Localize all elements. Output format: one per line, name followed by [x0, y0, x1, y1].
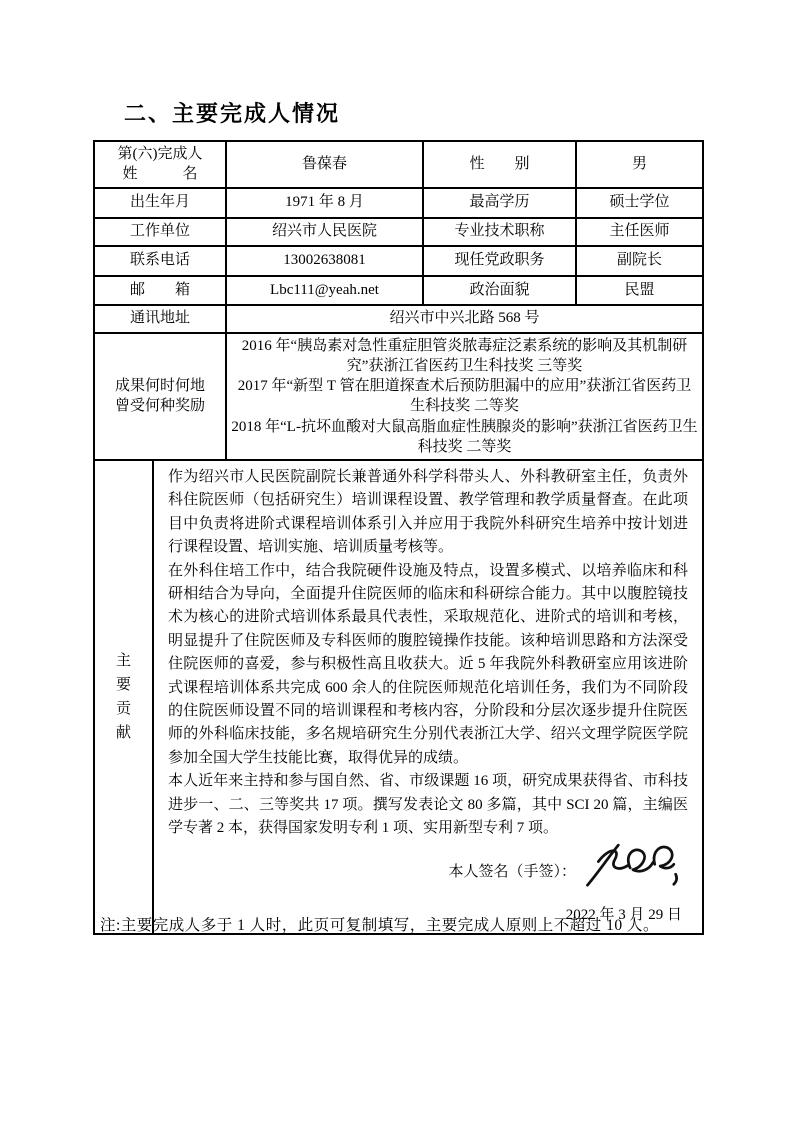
- contribution-paragraph: 在外科住培工作中，结合我院硬件设施及特点，设置多模式、以培养临床和科研相结合为导…: [168, 560, 688, 771]
- field-label-line1: 第(六)完成人: [99, 144, 221, 164]
- table-row: 通讯地址 绍兴市中兴北路 568 号: [94, 305, 703, 333]
- table-row: 成果何时何地 曾受何种奖励 2016 年“胰岛素对急性重症胆管炎脓毒症泛素系统的…: [94, 333, 703, 461]
- contribution-paragraph: 本人近年来主持和参与国自然、省、市级课题 16 项，研究成果获得省、市科技进步一…: [168, 770, 688, 840]
- field-value-email: Lbc111@yeah.net: [226, 276, 423, 305]
- table-row: 联系电话 13002638081 现任党政职务 副院长: [94, 246, 703, 276]
- field-label-address: 通讯地址: [94, 305, 226, 333]
- contribution-content: 作为绍兴市人民医院副院长兼普通外科学科带头人、外科教研室主任，负责外科住院医师（…: [153, 460, 703, 934]
- table-row: 第(六)完成人 姓 名 鲁葆春 性 别 男: [94, 141, 703, 188]
- field-label-email: 邮 箱: [94, 276, 226, 305]
- signature-label: 本人签名（手签）：: [448, 862, 576, 882]
- award-item: 2018 年“L-抗坏血酸对大鼠高脂血症性胰腺炎的影响”获浙江省医药卫生科技奖 …: [231, 417, 698, 458]
- field-value-workunit: 绍兴市人民医院: [226, 218, 423, 246]
- completer-info-table: 第(六)完成人 姓 名 鲁葆春 性 别 男 出生年月 1971 年 8 月 最高…: [93, 140, 704, 935]
- awards-label-line2: 曾受何种奖励: [99, 396, 221, 416]
- field-label-completer-name: 第(六)完成人 姓 名: [94, 141, 226, 188]
- field-value-address: 绍兴市中兴北路 568 号: [226, 305, 703, 333]
- contribution-vertical-label: 主要贡献: [115, 649, 132, 745]
- contribution-text-block: 作为绍兴市人民医院副院长兼普通外科学科带头人、外科教研室主任，负责外科住院医师（…: [158, 463, 698, 931]
- field-label-workunit: 工作单位: [94, 218, 226, 246]
- award-item: 2016 年“胰岛素对急性重症胆管炎脓毒症泛素系统的影响及其机制研究”获浙江省医…: [231, 336, 698, 377]
- document-page: 二、主要完成人情况 第(六)完成人 姓 名 鲁葆春 性 别 男 出生年月 197…: [0, 0, 793, 1122]
- field-value-education: 硕士学位: [576, 188, 703, 218]
- field-value-birthdate: 1971 年 8 月: [226, 188, 423, 218]
- table-row: 主要贡献 作为绍兴市人民医院副院长兼普通外科学科带头人、外科教研室主任，负责外科…: [94, 460, 703, 934]
- award-item: 2017 年“新型 T 管在胆道探查术后预防胆漏中的应用”获浙江省医药卫生科技奖…: [231, 376, 698, 417]
- awards-list: 2016 年“胰岛素对急性重症胆管炎脓毒症泛素系统的影响及其机制研究”获浙江省医…: [226, 333, 703, 461]
- field-label-political-status: 政治面貌: [423, 276, 576, 305]
- table-row: 工作单位 绍兴市人民医院 专业技术职称 主任医师: [94, 218, 703, 246]
- field-value-name: 鲁葆春: [226, 141, 423, 188]
- signature-row: 本人签名（手签）：: [168, 841, 688, 903]
- table-row: 邮 箱 Lbc111@yeah.net 政治面貌 民盟: [94, 276, 703, 305]
- table-row: 出生年月 1971 年 8 月 最高学历 硕士学位: [94, 188, 703, 218]
- field-label-birthdate: 出生年月: [94, 188, 226, 218]
- field-label-education: 最高学历: [423, 188, 576, 218]
- field-value-gender: 男: [576, 141, 703, 188]
- field-value-phone: 13002638081: [226, 246, 423, 276]
- field-label-contribution: 主要贡献: [94, 460, 153, 934]
- field-value-party-position: 副院长: [576, 246, 703, 276]
- field-value-tech-title: 主任医师: [576, 218, 703, 246]
- field-label-gender: 性 别: [423, 141, 576, 188]
- contribution-paragraph: 作为绍兴市人民医院副院长兼普通外科学科带头人、外科教研室主任，负责外科住院医师（…: [168, 466, 688, 560]
- field-label-awards: 成果何时何地 曾受何种奖励: [94, 333, 226, 461]
- footer-note: 注:主要完成人多于 1 人时，此页可复制填写，主要完成人原则上不超过 10 人。: [100, 913, 659, 935]
- field-label-line2: 姓 名: [99, 164, 221, 184]
- awards-label-line1: 成果何时何地: [99, 376, 221, 396]
- signature-icon: [582, 839, 682, 895]
- field-label-tech-title: 专业技术职称: [423, 218, 576, 246]
- section-title: 二、主要完成人情况: [124, 97, 340, 128]
- field-label-party-position: 现任党政职务: [423, 246, 576, 276]
- handwritten-signature: [582, 839, 682, 901]
- field-label-phone: 联系电话: [94, 246, 226, 276]
- field-value-political-status: 民盟: [576, 276, 703, 305]
